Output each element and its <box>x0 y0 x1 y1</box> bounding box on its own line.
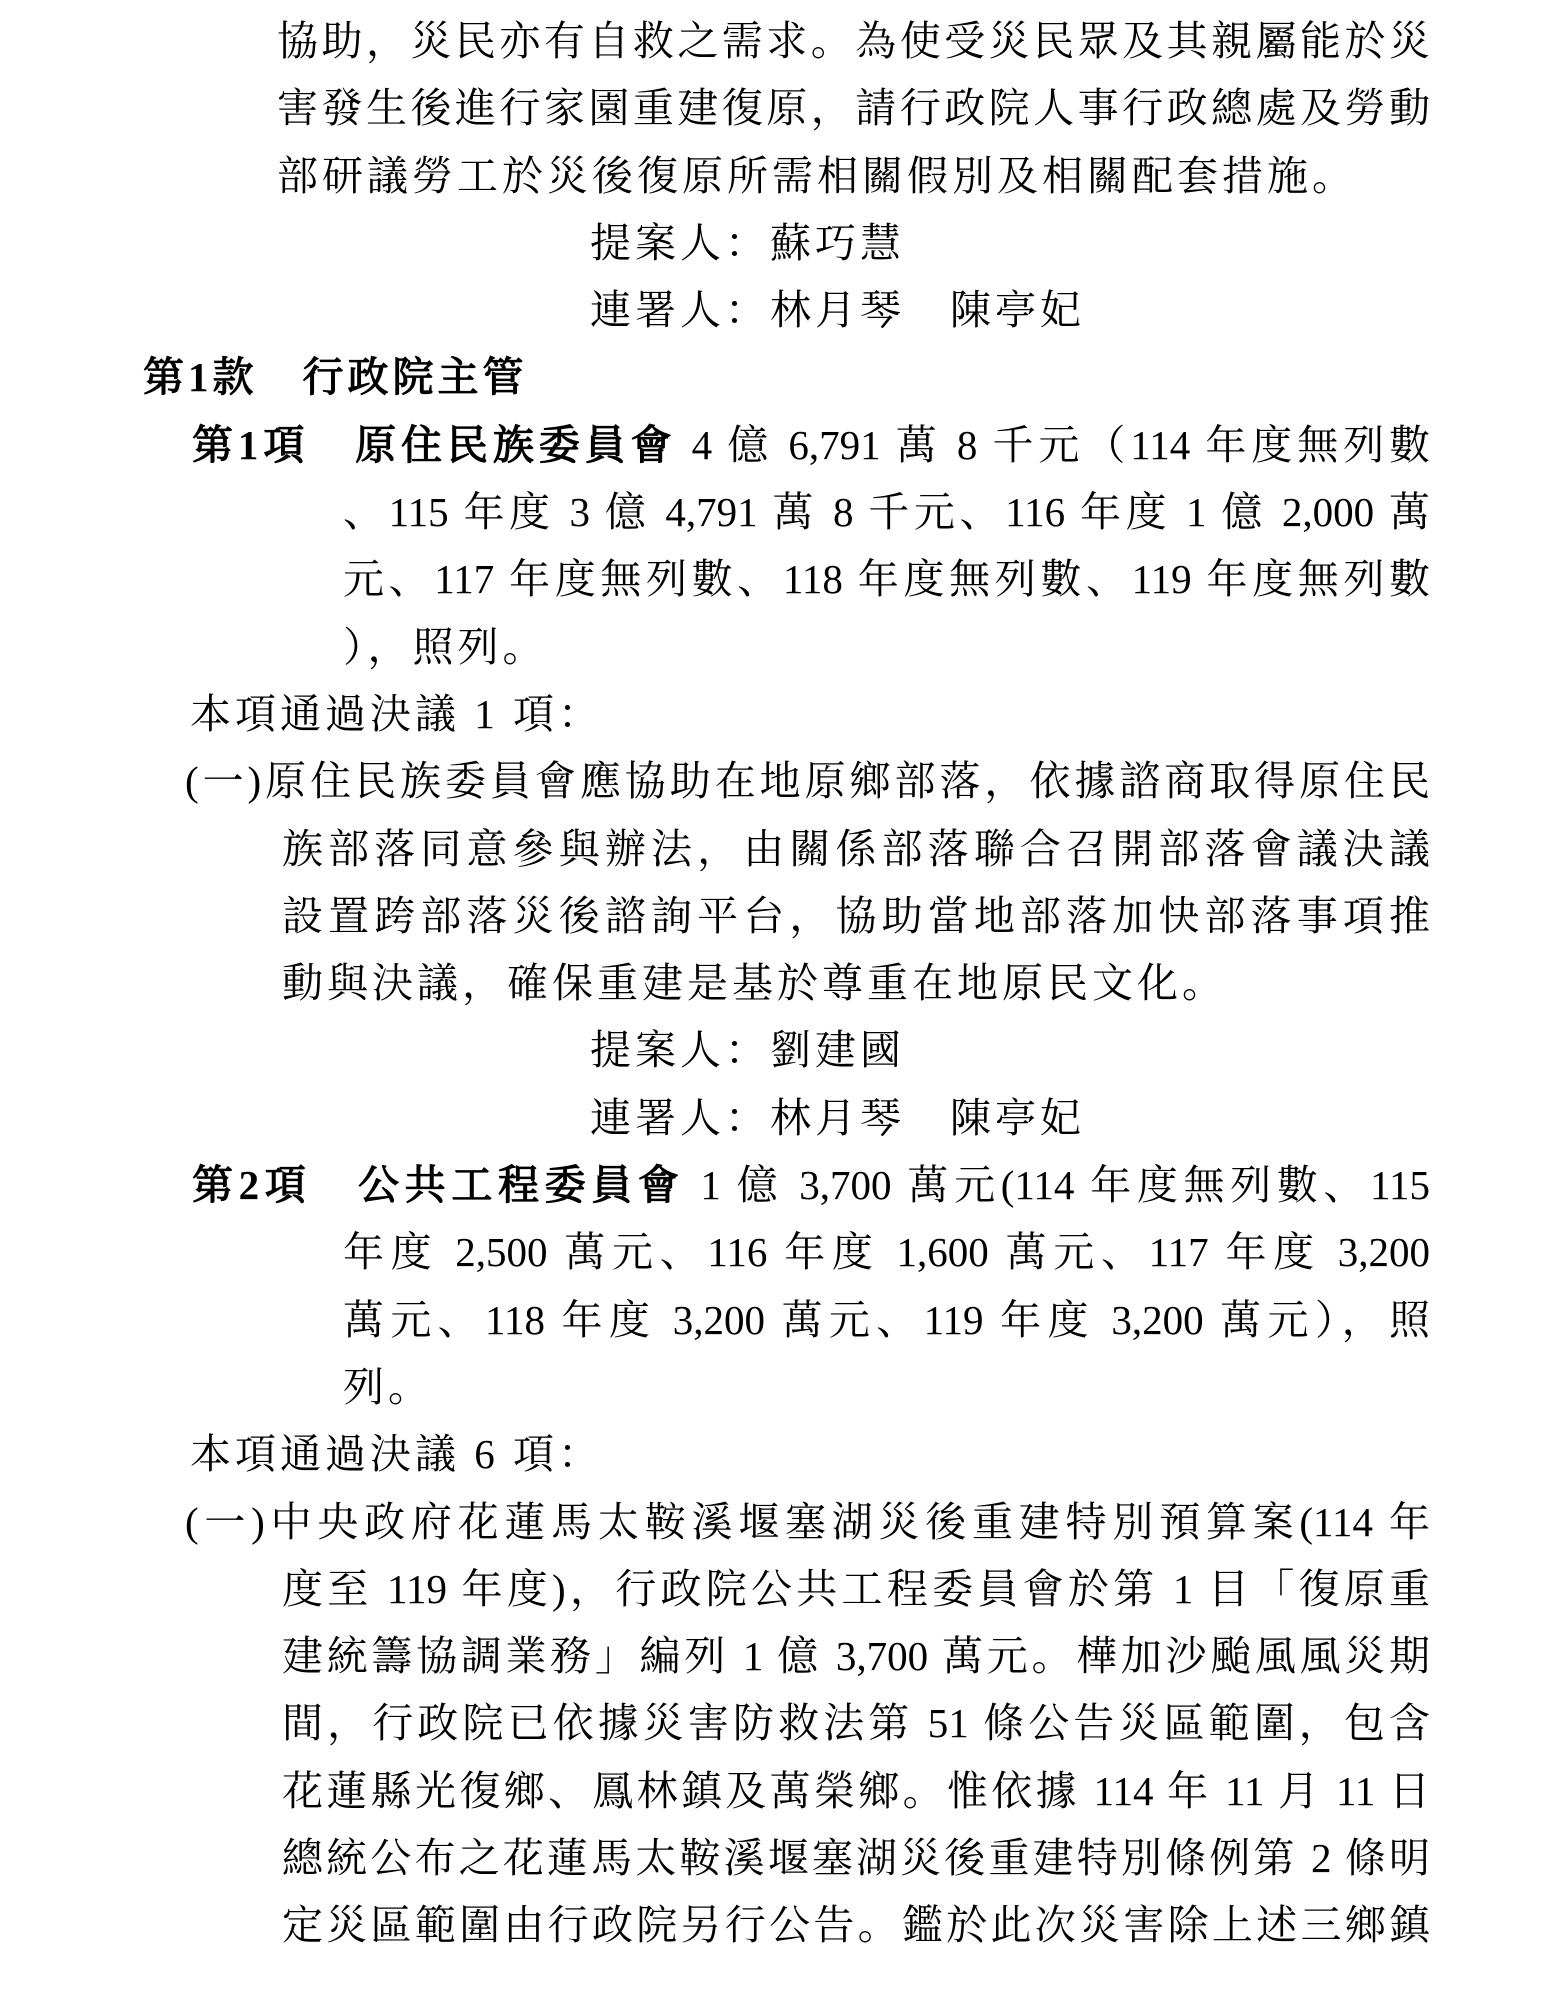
text-line: 第2項 公共工程委員會 1 億 3,700 萬元(114 年度無列數、115 <box>192 1152 1430 1219</box>
text-line: ），照列。 <box>343 614 1544 681</box>
text-line: 、115 年度 3 億 4,791 萬 8 千元、116 年度 1 億 2,00… <box>343 479 1430 546</box>
text: 1 億 3,700 萬元(114 年度無列數、115 <box>685 1162 1431 1208</box>
text: 間，行政院已依據災害防救法第 51 條公告災區範圍，包含 <box>282 1700 1430 1746</box>
text-line: 連署人：林月琴 陳亭妃 <box>590 1085 1544 1152</box>
text: 元、117 年度無列數、118 年度無列數、119 年度無列數 <box>343 556 1430 602</box>
bold-text: 第1款 行政院主管 <box>143 354 528 400</box>
text: 年度 2,500 萬元、116 年度 1,600 萬元、117 年度 3,200 <box>343 1229 1430 1275</box>
text-line: 萬元、118 年度 3,200 萬元、119 年度 3,200 萬元），照 <box>343 1287 1430 1354</box>
text-line: 連署人：林月琴 陳亭妃 <box>590 277 1544 344</box>
text: 部研議勞工於災後復原所需相關假別及相關配套措施。 <box>277 153 1357 199</box>
text: 萬元、118 年度 3,200 萬元、119 年度 3,200 萬元），照 <box>343 1297 1430 1343</box>
text-line: 協助，災民亦有自救之需求。為使受災民眾及其親屬能於災 <box>277 8 1430 75</box>
text: (一)原住民族委員會應協助在地原鄉部落，依據諮商取得原住民 <box>185 758 1430 804</box>
text: 列。 <box>343 1364 433 1410</box>
text-line: 本項通過決議 1 項： <box>190 681 1544 748</box>
text-line: 設置跨部落災後諮詢平台，協助當地部落加快部落事項推 <box>282 883 1430 950</box>
text-line: (一)原住民族委員會應協助在地原鄉部落，依據諮商取得原住民 <box>185 748 1430 815</box>
document-page: 協助，災民亦有自救之需求。為使受災民眾及其親屬能於災害發生後進行家園重建復原，請… <box>0 0 1544 1995</box>
text: 提案人：劉建國 <box>590 1027 905 1073</box>
text-line: 部研議勞工於災後復原所需相關假別及相關配套措施。 <box>277 143 1544 210</box>
text-line: 度至 119 年度)，行政院公共工程委員會於第 1 目「復原重 <box>282 1556 1430 1623</box>
text: 提案人：蘇巧慧 <box>590 220 905 266</box>
text-line: 族部落同意參與辦法，由關係部落聯合召開部落會議決議 <box>282 816 1430 883</box>
text-line: 害發生後進行家園重建復原，請行政院人事行政總處及勞動 <box>277 75 1430 142</box>
text: 、115 年度 3 億 4,791 萬 8 千元、116 年度 1 億 2,00… <box>343 489 1430 535</box>
text-line: 提案人：蘇巧慧 <box>590 210 1544 277</box>
text: 動與決議，確保重建是基於尊重在地原民文化。 <box>282 960 1227 1006</box>
text-line: 定災區範圍由行政院另行公告。鑑於此次災害除上述三鄉鎮 <box>282 1892 1430 1959</box>
text-line: 花蓮縣光復鄉、鳳林鎮及萬榮鄉。惟依據 114 年 11 月 11 日 <box>282 1758 1430 1825</box>
text-line: 第1項 原住民族委員會 4 億 6,791 萬 8 千元（114 年度無列數 <box>192 412 1430 479</box>
text-line: 列。 <box>343 1354 1544 1421</box>
text: 連署人：林月琴 陳亭妃 <box>590 1095 1085 1141</box>
text-line: 提案人：劉建國 <box>590 1017 1544 1084</box>
text-line: 元、117 年度無列數、118 年度無列數、119 年度無列數 <box>343 546 1430 613</box>
text: (一)中央政府花蓮馬太鞍溪堰塞湖災後重建特別預算案(114 年 <box>185 1499 1430 1545</box>
text: 本項通過決議 6 項： <box>190 1431 603 1477</box>
text-line: 建統籌協調業務」編列 1 億 3,700 萬元。樺加沙颱風風災期 <box>282 1623 1430 1690</box>
text: ），照列。 <box>343 624 548 670</box>
text: 花蓮縣光復鄉、鳳林鎮及萬榮鄉。惟依據 114 年 11 月 11 日 <box>282 1768 1430 1814</box>
text: 協助，災民亦有自救之需求。為使受災民眾及其親屬能於災 <box>277 18 1430 64</box>
text-line: (一)中央政府花蓮馬太鞍溪堰塞湖災後重建特別預算案(114 年 <box>185 1489 1430 1556</box>
text: 度至 119 年度)，行政院公共工程委員會於第 1 目「復原重 <box>282 1566 1430 1612</box>
text: 總統公布之花蓮馬太鞍溪堰塞湖災後重建特別條例第 2 條明 <box>282 1835 1430 1881</box>
text: 建統籌協調業務」編列 1 億 3,700 萬元。樺加沙颱風風災期 <box>282 1633 1430 1679</box>
text: 設置跨部落災後諮詢平台，協助當地部落加快部落事項推 <box>282 893 1430 939</box>
text-line: 間，行政院已依據災害防救法第 51 條公告災區範圍，包含 <box>282 1690 1430 1757</box>
text-line: 本項通過決議 6 項： <box>190 1421 1544 1488</box>
text: 4 億 6,791 萬 8 千元（114 年度無列數 <box>677 422 1431 468</box>
text: 連署人：林月琴 陳亭妃 <box>590 287 1085 333</box>
text-line: 總統公布之花蓮馬太鞍溪堰塞湖災後重建特別條例第 2 條明 <box>282 1825 1430 1892</box>
text-line: 第1款 行政院主管 <box>143 344 1544 411</box>
text: 害發生後進行家園重建復原，請行政院人事行政總處及勞動 <box>277 85 1430 131</box>
text: 族部落同意參與辦法，由關係部落聯合召開部落會議決議 <box>282 826 1430 872</box>
text: 定災區範圍由行政院另行公告。鑑於此次災害除上述三鄉鎮 <box>282 1902 1430 1948</box>
bold-text: 第2項 公共工程委員會 <box>192 1162 685 1208</box>
text: 本項通過決議 1 項： <box>190 691 603 737</box>
text-line: 年度 2,500 萬元、116 年度 1,600 萬元、117 年度 3,200 <box>343 1219 1430 1286</box>
bold-text: 第1項 原住民族委員會 <box>192 422 677 468</box>
text-line: 動與決議，確保重建是基於尊重在地原民文化。 <box>282 950 1544 1017</box>
